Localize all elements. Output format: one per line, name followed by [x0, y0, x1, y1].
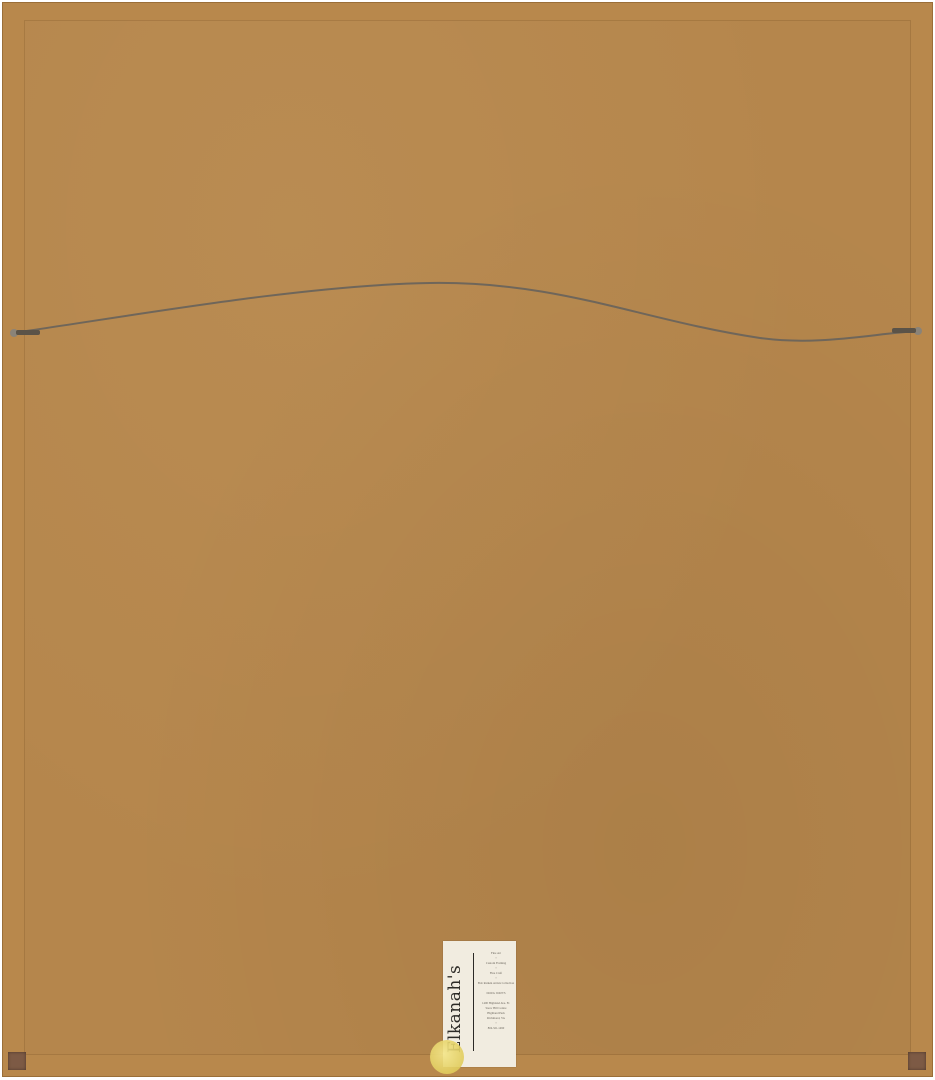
label-brand: Elkanah's — [445, 943, 467, 1053]
label-divider — [473, 953, 474, 1051]
label-details: Fine Art • Custom Framing • Fine Craft •… — [477, 951, 515, 1031]
label-line: Bob Rankin Artists Collection — [477, 981, 515, 986]
corner-pad-bottom-right — [908, 1052, 926, 1070]
label-line: 804.321.1490 — [477, 1026, 515, 1031]
corner-pad-bottom-left — [8, 1052, 26, 1070]
kraft-dust-cover — [24, 20, 911, 1055]
frame-back — [2, 2, 933, 1077]
yellow-sticker — [430, 1040, 464, 1074]
